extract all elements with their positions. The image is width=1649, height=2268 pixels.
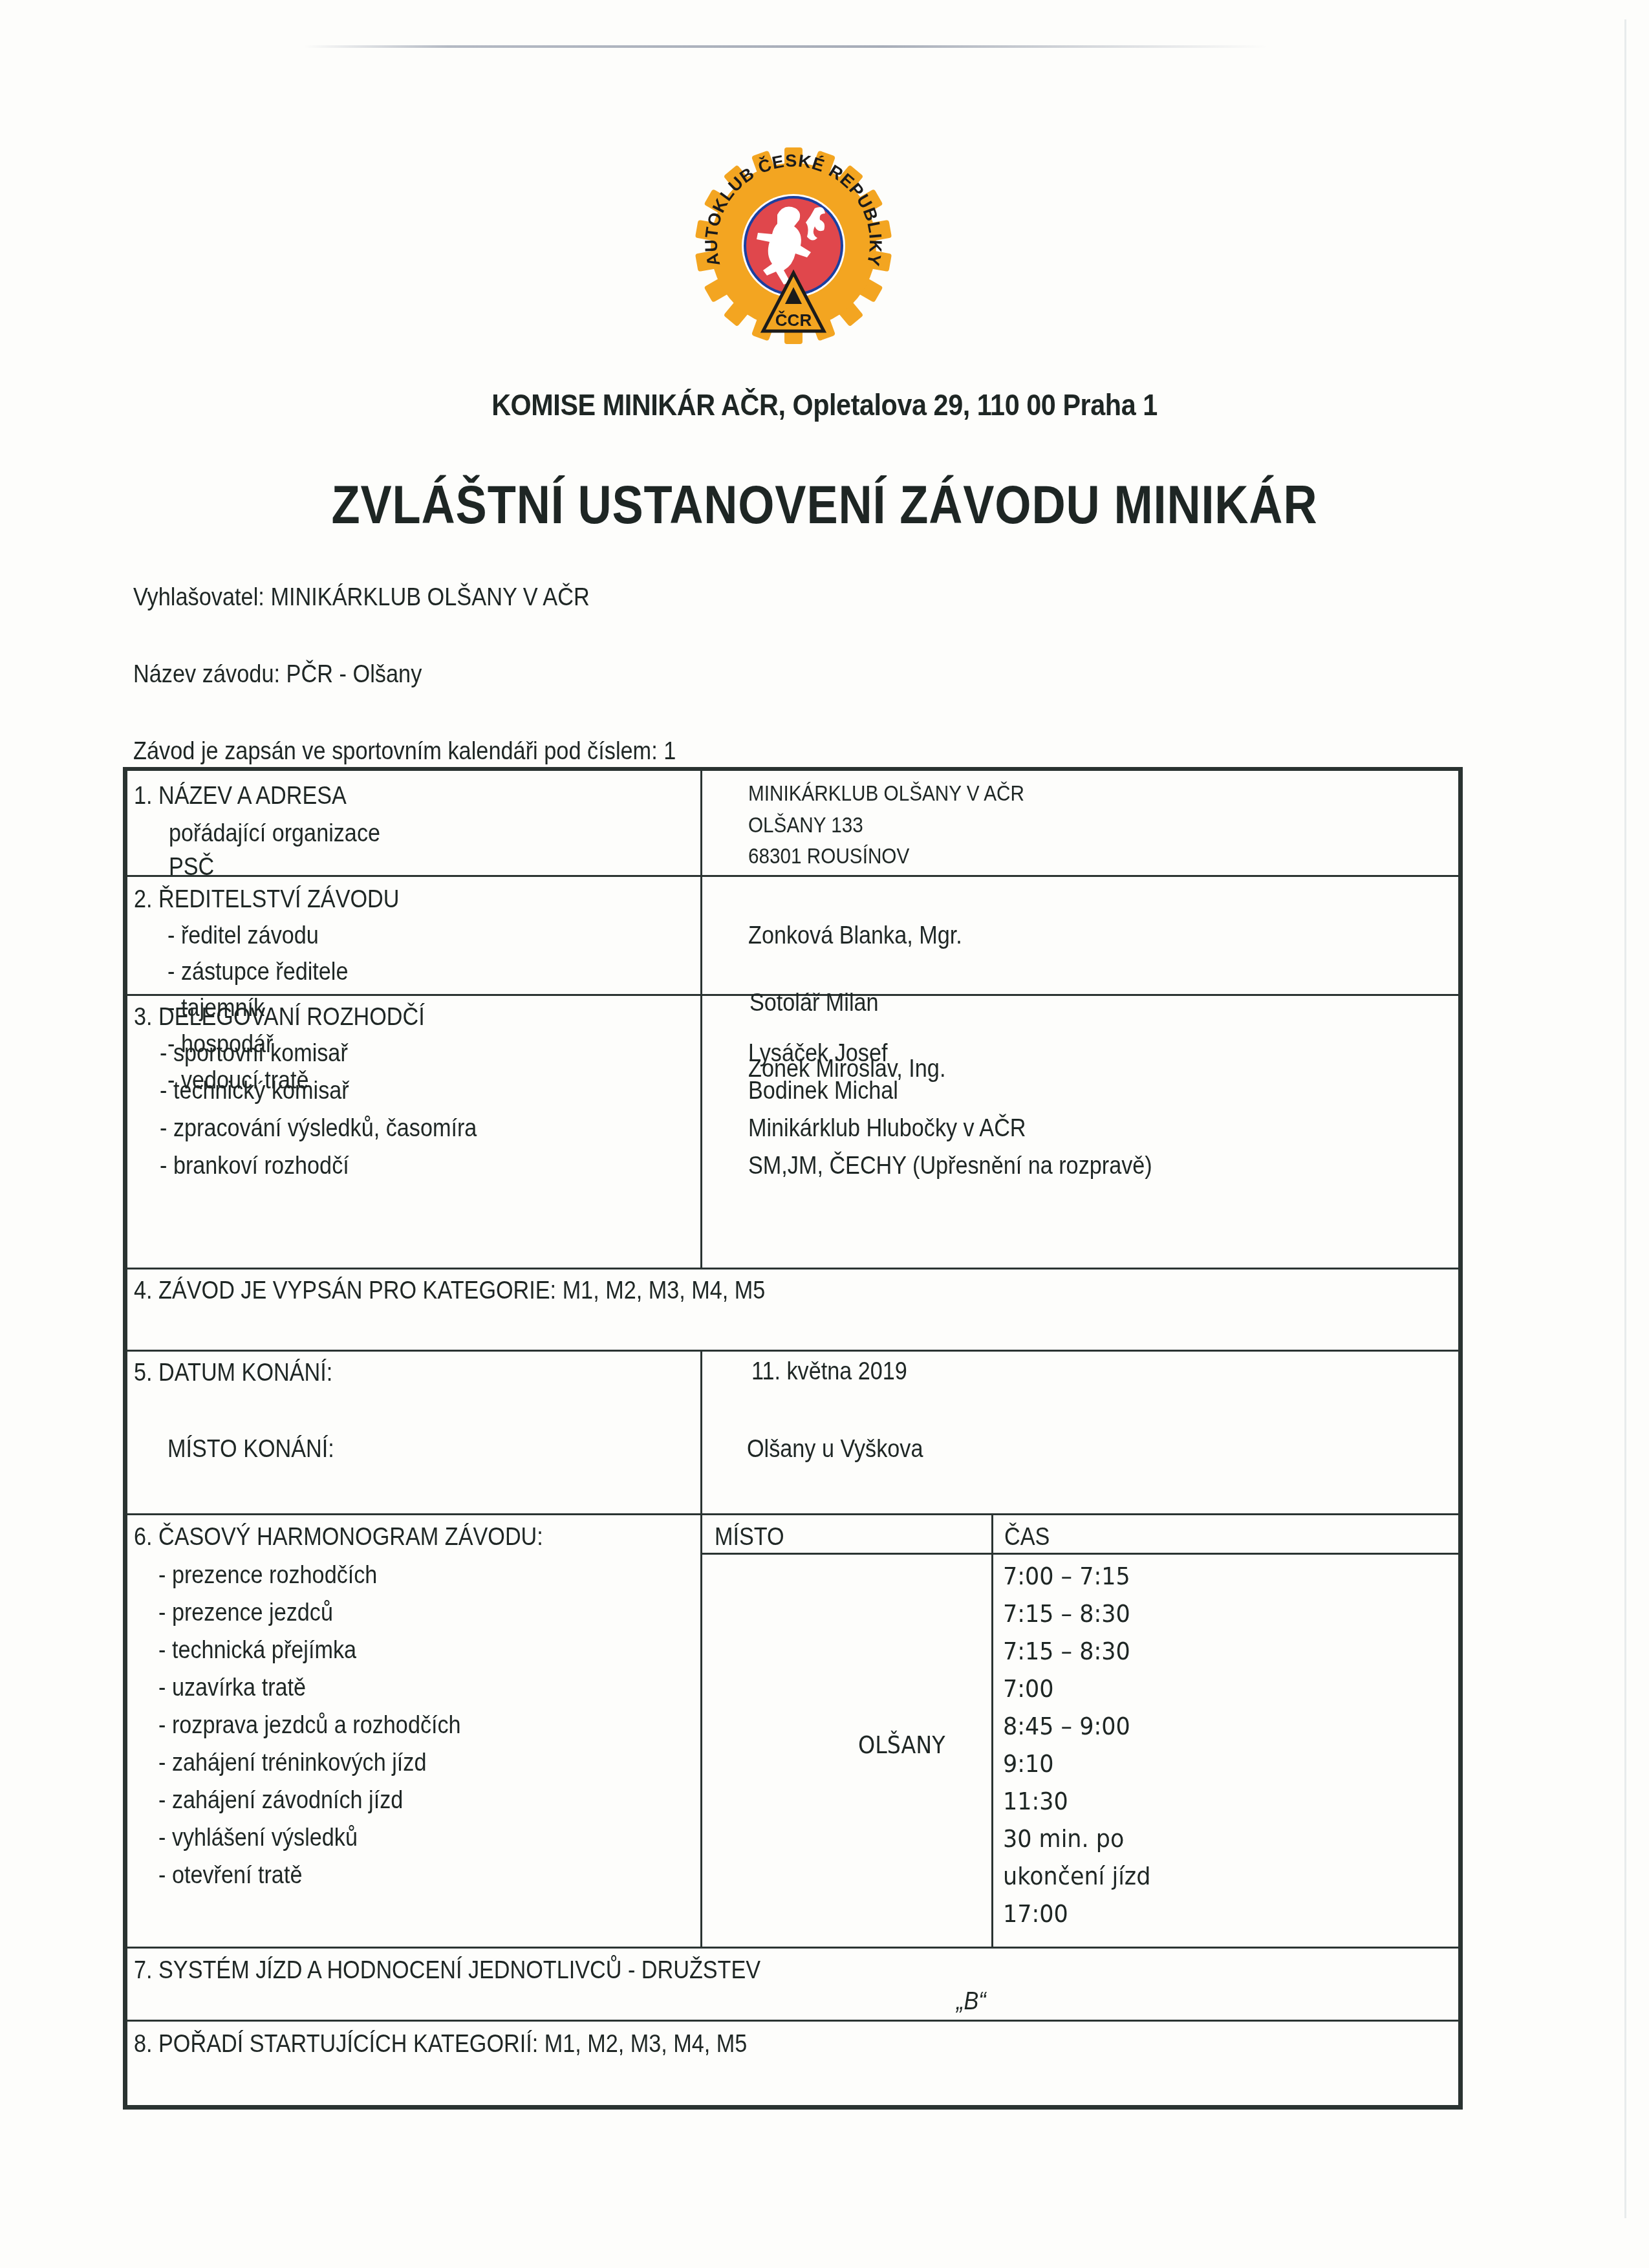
- schedule-time: 17:00: [1003, 1895, 1150, 1932]
- section-1-sub-organizer: pořádající organizace: [169, 821, 380, 846]
- schedule-times: 7:00 – 7:15 7:15 – 8:30 7:15 – 8:30 7:00…: [1003, 1557, 1163, 1932]
- document-title: ZVLÁŠTNÍ USTANOVENÍ ZÁVODU MINIKÁR: [116, 473, 1534, 536]
- role-gate-judges: - brankoví rozhodčí: [160, 1154, 477, 1178]
- schedule-time: 7:15 – 8:30: [1003, 1632, 1150, 1670]
- schedule-time: 8:45 – 9:00: [1003, 1707, 1150, 1745]
- schedule-item: - prezence rozhodčích: [158, 1563, 461, 1588]
- role-sports-commissioner: - sportovní komisař: [160, 1041, 477, 1066]
- section-3-title: 3. DELEGOVANÍ ROZHODČÍ: [134, 1005, 425, 1030]
- schedule-header-divider: [700, 1553, 1458, 1555]
- technical-commissioner-name: Bodinek Michal: [748, 1079, 898, 1103]
- section-1-sub-psc: PSČ: [169, 855, 214, 880]
- organization-address: KOMISE MINIKÁR AČR, Opletalova 29, 110 0…: [99, 387, 1550, 422]
- announcer-line: Vyhlašovatel: MINIKÁRKLUB OLŠANY V AČR: [133, 583, 590, 612]
- schedule-time: 11:30: [1003, 1782, 1150, 1820]
- row-divider: [127, 1350, 1458, 1352]
- role-technical-commissioner: - technický komisař: [160, 1079, 477, 1103]
- schedule-time: ukončení jízd: [1003, 1857, 1150, 1895]
- schedule-item: - uzavírka tratě: [158, 1676, 461, 1700]
- schedule-time: 7:00: [1003, 1670, 1150, 1707]
- section-7-value: „B“: [956, 1989, 986, 2014]
- schedule-time: 30 min. po: [1003, 1820, 1150, 1857]
- schedule-item: - vyhlášení výsledků: [158, 1826, 461, 1850]
- column-divider: [700, 1350, 702, 1949]
- section-6-title: 6. ČASOVÝ HARMONOGRAM ZÁVODU:: [134, 1525, 543, 1550]
- section-7-system: 7. SYSTÉM JÍZD A HODNOCENÍ JEDNOTLIVCŮ -…: [134, 1958, 760, 1983]
- autoklub-logo-icon: ČCR AUTOKLUB ČESKÉ REPUBLIKY: [680, 137, 907, 351]
- row-divider: [127, 1513, 1458, 1515]
- section-8-start-order: 8. POŘADÍ STARTUJÍCÍCH KATEGORIÍ: M1, M2…: [134, 2032, 747, 2057]
- schedule-item: - zahájení tréninkových jízd: [158, 1751, 461, 1775]
- row-divider: [127, 1268, 1458, 1269]
- schedule-item: - technická přejímka: [158, 1638, 461, 1663]
- director-name: Zonková Blanka, Mgr.: [748, 923, 962, 948]
- organizer-name: MINIKÁRKLUB OLŠANY V AČR: [748, 783, 1024, 804]
- column-divider: [700, 771, 702, 1269]
- role-results-timing: - zpracování výsledků, časomíra: [160, 1116, 477, 1141]
- schedule-item: - zahájení závodních jízd: [158, 1788, 461, 1813]
- organizer-street: OLŠANY 133: [748, 814, 863, 836]
- schedule-items: - prezence rozhodčích - prezence jezdců …: [158, 1563, 495, 1888]
- scan-artifact-line: [304, 45, 1267, 48]
- section-1-title: 1. NÁZEV A ADRESA: [134, 784, 347, 808]
- schedule-item: - rozprava jezdců a rozhodčích: [158, 1713, 461, 1738]
- organizer-city: 68301 ROUSÍNOV: [748, 845, 909, 867]
- svg-text:ČCR: ČCR: [775, 310, 812, 330]
- row-divider: [127, 875, 1458, 877]
- section-2-title: 2. ŘEDITELSTVÍ ZÁVODU: [134, 887, 399, 912]
- gate-judges-value: SM,JM, ČECHY (Upřesnění na rozpravě): [748, 1154, 1152, 1178]
- schedule-item: - otevření tratě: [158, 1863, 461, 1888]
- secretary-name: Sotolář Milan: [749, 991, 879, 1015]
- role-director: - ředitel závodu: [167, 923, 348, 948]
- race-date: 11. května 2019: [751, 1359, 907, 1384]
- race-name-line: Název závodu: PČR - Olšany: [133, 660, 422, 689]
- timing-club-name: Minikárklub Hlubočky v AČR: [748, 1116, 1026, 1141]
- schedule-time: 7:15 – 8:30: [1003, 1595, 1150, 1632]
- row-divider: [127, 1947, 1458, 1949]
- schedule-time: 7:00 – 7:15: [1003, 1557, 1150, 1595]
- section-3-roles: - sportovní komisař - technický komisař …: [160, 1041, 512, 1178]
- time-column-divider: [991, 1513, 993, 1949]
- schedule-time: 9:10: [1003, 1745, 1150, 1782]
- sports-commissioner-name: Lysáček Josef: [748, 1041, 887, 1066]
- scan-edge: [1624, 19, 1626, 2218]
- race-regulations-table: 1. NÁZEV A ADRESA pořádající organizace …: [123, 767, 1463, 2110]
- schedule-place-header: MÍSTO: [715, 1525, 784, 1550]
- row-divider: [127, 2020, 1458, 2022]
- schedule-place-value: OLŠANY: [858, 1733, 945, 1757]
- schedule-time-header: ČAS: [1004, 1525, 1050, 1550]
- section-5-date-label: 5. DATUM KONÁNÍ:: [134, 1361, 332, 1385]
- section-5-place-label: MÍSTO KONÁNÍ:: [167, 1437, 334, 1462]
- race-place: Olšany u Vyškova: [747, 1437, 923, 1462]
- schedule-item: - prezence jezdců: [158, 1601, 461, 1625]
- role-deputy-director: - zástupce ředitele: [167, 960, 348, 984]
- section-4-categories: 4. ZÁVOD JE VYPSÁN PRO KATEGORIE: M1, M2…: [134, 1279, 765, 1303]
- calendar-number-line: Závod je zapsán ve sportovním kalendáři …: [133, 737, 676, 766]
